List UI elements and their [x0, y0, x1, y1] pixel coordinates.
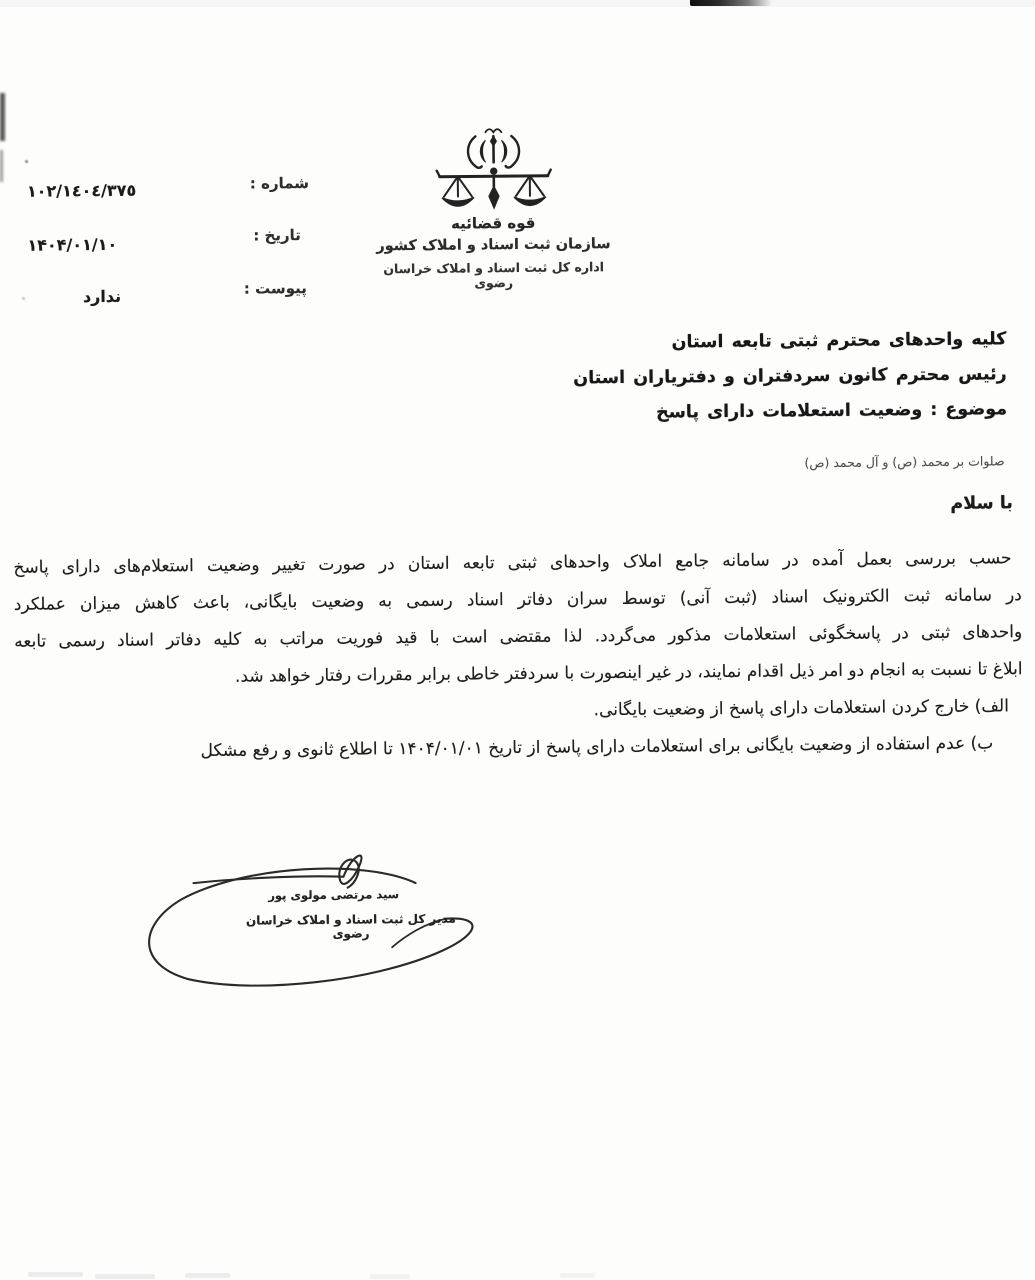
signatory-title: مدیر کل ثبت اسناد و املاک خراسان رضوی [242, 912, 460, 942]
department-name: اداره کل ثبت اسناد و املاک خراسان رضوی [366, 259, 622, 291]
authority-name: قوه قضائیه [365, 213, 621, 233]
salawat-line: صلوات بر محمد (ص) و آل محمد (ص) [804, 453, 1004, 470]
date-label: تاریخ : [253, 226, 301, 244]
attachment-value: ندارد [83, 287, 121, 306]
date-value: ۱۴۰۴/۰۱/۱۰ [27, 235, 117, 255]
letter-content: قوه قضائیه سازمان ثبت اسناد و املاک کشور… [0, 0, 1035, 1280]
letterhead: قوه قضائیه سازمان ثبت اسناد و املاک کشور… [364, 123, 622, 291]
scanned-official-letter: قوه قضائیه سازمان ثبت اسناد و املاک کشور… [0, 0, 1035, 1280]
attachment-label: پیوست : [244, 279, 307, 298]
judiciary-scales-emblem-icon [417, 124, 568, 213]
signatory-name: سید مرتضی مولوی پور [264, 887, 404, 902]
recipients-block: کلیه واحدهای محترم ثبتی تابعه استان رئیس… [18, 322, 1007, 436]
letter-body: حسب بررسی بعمل آمده در سامانه جامع املاک… [13, 540, 1023, 772]
organization-name: سازمان ثبت اسناد و املاک کشور [365, 236, 621, 254]
greeting-line: با سلام [950, 493, 1013, 514]
number-label: شماره : [250, 174, 309, 193]
number-value: ١٠٢/١٤٠٤/٣٧٥ [27, 181, 137, 201]
